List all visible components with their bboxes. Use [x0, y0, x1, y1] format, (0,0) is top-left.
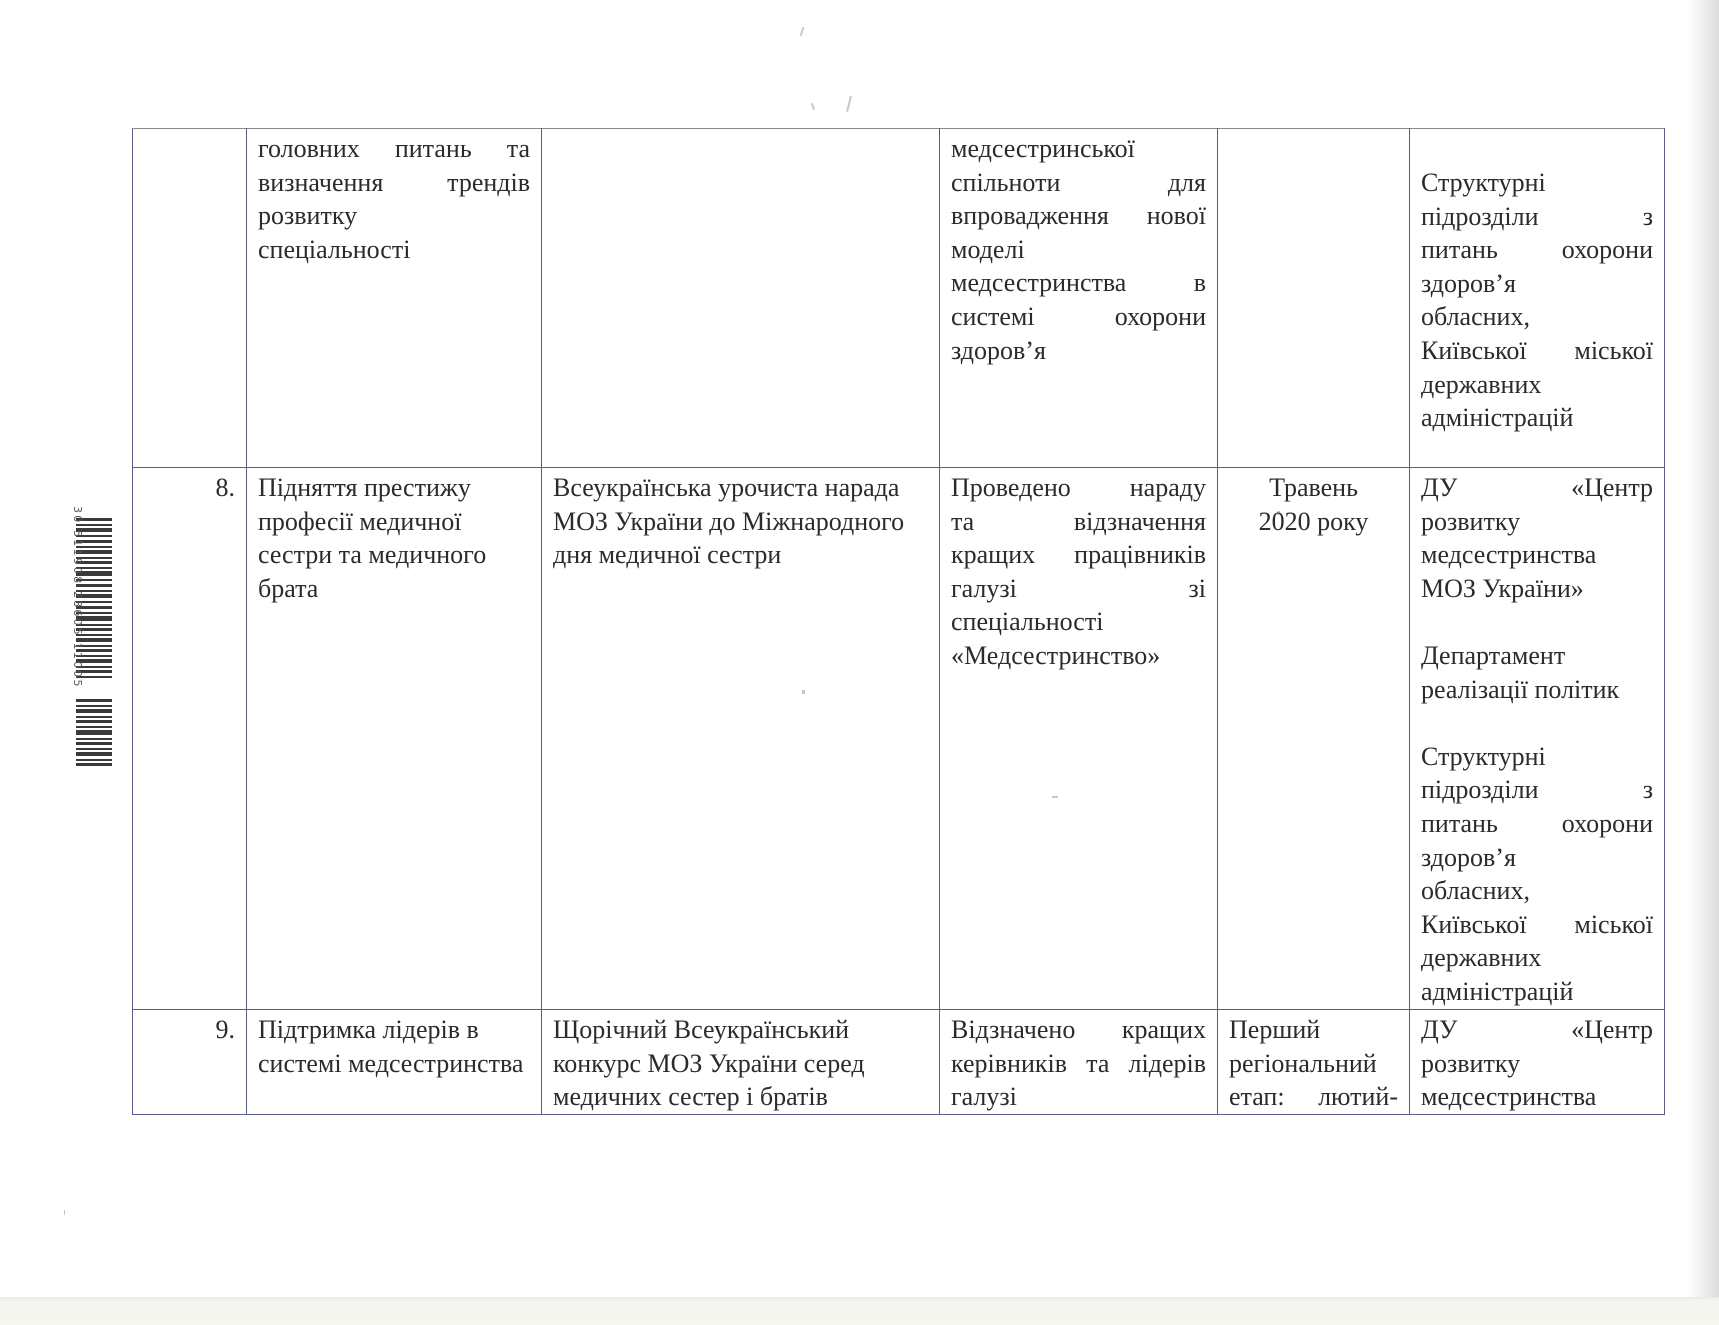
- measure-cell: Щорічний Всеукраїнський конкурс МОЗ Укра…: [542, 1010, 940, 1115]
- text-line: здоров’я: [951, 334, 1206, 368]
- text-line: МОЗ України»: [1421, 572, 1653, 606]
- text-line: Проведено нараду: [951, 471, 1206, 505]
- text-line: ДУ «Центр: [1421, 471, 1653, 505]
- text-line: ДУ «Центр: [1421, 1013, 1653, 1047]
- result-cell: Проведено нараду та відзначення кращих п…: [940, 468, 1218, 1010]
- responsible-cell: ДУ «Центр розвитку медсестринства МОЗ Ук…: [1410, 468, 1665, 1010]
- text-line: державних: [1421, 941, 1653, 975]
- text-line: керівників та лідерів: [951, 1047, 1206, 1081]
- text-line: Перший: [1229, 1013, 1398, 1047]
- text-line: Київської міської: [1421, 334, 1653, 368]
- text-line: розвитку: [1421, 1047, 1653, 1081]
- text-line: державних: [1421, 368, 1653, 402]
- text-line: Департамент: [1421, 639, 1653, 673]
- text-line: Травень: [1229, 471, 1398, 505]
- text-line: регіональний: [1229, 1047, 1398, 1081]
- text-line: адміністрацій: [1421, 401, 1653, 435]
- text-line: медсестринської: [951, 132, 1206, 166]
- text-line: визначення трендів: [258, 166, 530, 200]
- responsible-cell: ДУ «Центр розвитку медсестринства: [1410, 1010, 1665, 1115]
- text-line: «Медсестринство»: [951, 639, 1206, 673]
- table-row: 9. Підтримка лідерів в системі медсестри…: [133, 1010, 1665, 1115]
- text-line: спільноти для: [951, 166, 1206, 200]
- scan-speck: [800, 27, 805, 36]
- responsible-paragraph: Департамент реалізації політик: [1421, 639, 1653, 706]
- responsible-paragraph: Структурні підрозділи з питань охорони з…: [1421, 740, 1653, 1009]
- text-line: галузі: [951, 1080, 1206, 1114]
- text-line: галузі зі: [951, 572, 1206, 606]
- row-number-cell: [133, 129, 247, 468]
- text-line: впровадження нової: [951, 199, 1206, 233]
- scan-speck: [64, 1210, 65, 1215]
- text-line: обласних,: [1421, 874, 1653, 908]
- page-bottom-edge: [0, 1297, 1719, 1325]
- text-line: Київської міської: [1421, 908, 1653, 942]
- text-line: Структурні: [1421, 740, 1653, 774]
- text-line: здоров’я: [1421, 267, 1653, 301]
- text-line: розвитку: [1421, 505, 1653, 539]
- page-edge-shadow: [1687, 0, 1719, 1325]
- text-line: підрозділи з: [1421, 773, 1653, 807]
- text-line: реалізації політик: [1421, 673, 1653, 707]
- text-line: головних питань та: [258, 132, 530, 166]
- responsible-paragraph: ДУ «Центр розвитку медсестринства МОЗ Ук…: [1421, 471, 1653, 605]
- task-cell: Підтримка лідерів в системі медсестринст…: [247, 1010, 542, 1115]
- term-cell: Травень 2020 року: [1218, 468, 1410, 1010]
- text-line: адміністрацій: [1421, 975, 1653, 1009]
- action-plan-table: головних питань та визначення трендів ро…: [132, 128, 1665, 1115]
- text-line: та відзначення: [951, 505, 1206, 539]
- task-cell: Підняття престижу професії медичної сест…: [247, 468, 542, 1010]
- table-row: головних питань та визначення трендів ро…: [133, 129, 1665, 468]
- text-line: підрозділи з: [1421, 200, 1653, 234]
- text-line: обласних,: [1421, 300, 1653, 334]
- text-line: спеціальності: [951, 605, 1206, 639]
- text-line: Структурні: [1421, 166, 1653, 200]
- text-line: 2020 року: [1229, 505, 1398, 539]
- text-line: медсестринства: [1421, 1080, 1653, 1114]
- measure-cell: Всеукраїнська урочиста нарада МОЗ Україн…: [542, 468, 940, 1010]
- text-line: питань охорони: [1421, 233, 1653, 267]
- measure-cell: [542, 129, 940, 468]
- term-cell: [1218, 129, 1410, 468]
- table-row: 8. Підняття престижу професії медичної с…: [133, 468, 1665, 1010]
- text-line: моделі: [951, 233, 1206, 267]
- result-cell: Відзначено кращих керівників та лідерів …: [940, 1010, 1218, 1115]
- responsible-cell: Структурні підрозділи з питань охорони з…: [1410, 129, 1665, 468]
- barcode-number: 30 511908 28605 11005: [68, 506, 84, 766]
- document-barcode: 30 511908 28605 11005: [58, 508, 118, 772]
- text-line: питань охорони: [1421, 807, 1653, 841]
- text-line: здоров’я: [1421, 841, 1653, 875]
- text-line: спеціальності: [258, 233, 530, 267]
- scan-speck: [846, 96, 852, 112]
- text-line: медсестринства в: [951, 266, 1206, 300]
- text-line: Відзначено кращих: [951, 1013, 1206, 1047]
- scan-speck: [811, 103, 815, 110]
- text-line: кращих працівників: [951, 538, 1206, 572]
- text-line: розвитку: [258, 199, 530, 233]
- term-cell: Перший регіональний етап: лютий-: [1218, 1010, 1410, 1115]
- text-line: системі охорони: [951, 300, 1206, 334]
- text-line: медсестринства: [1421, 538, 1653, 572]
- row-number-cell: 9.: [133, 1010, 247, 1115]
- text-line: етап: лютий-: [1229, 1080, 1398, 1114]
- task-cell: головних питань та визначення трендів ро…: [247, 129, 542, 468]
- result-cell: медсестринської спільноти для впроваджен…: [940, 129, 1218, 468]
- row-number-cell: 8.: [133, 468, 247, 1010]
